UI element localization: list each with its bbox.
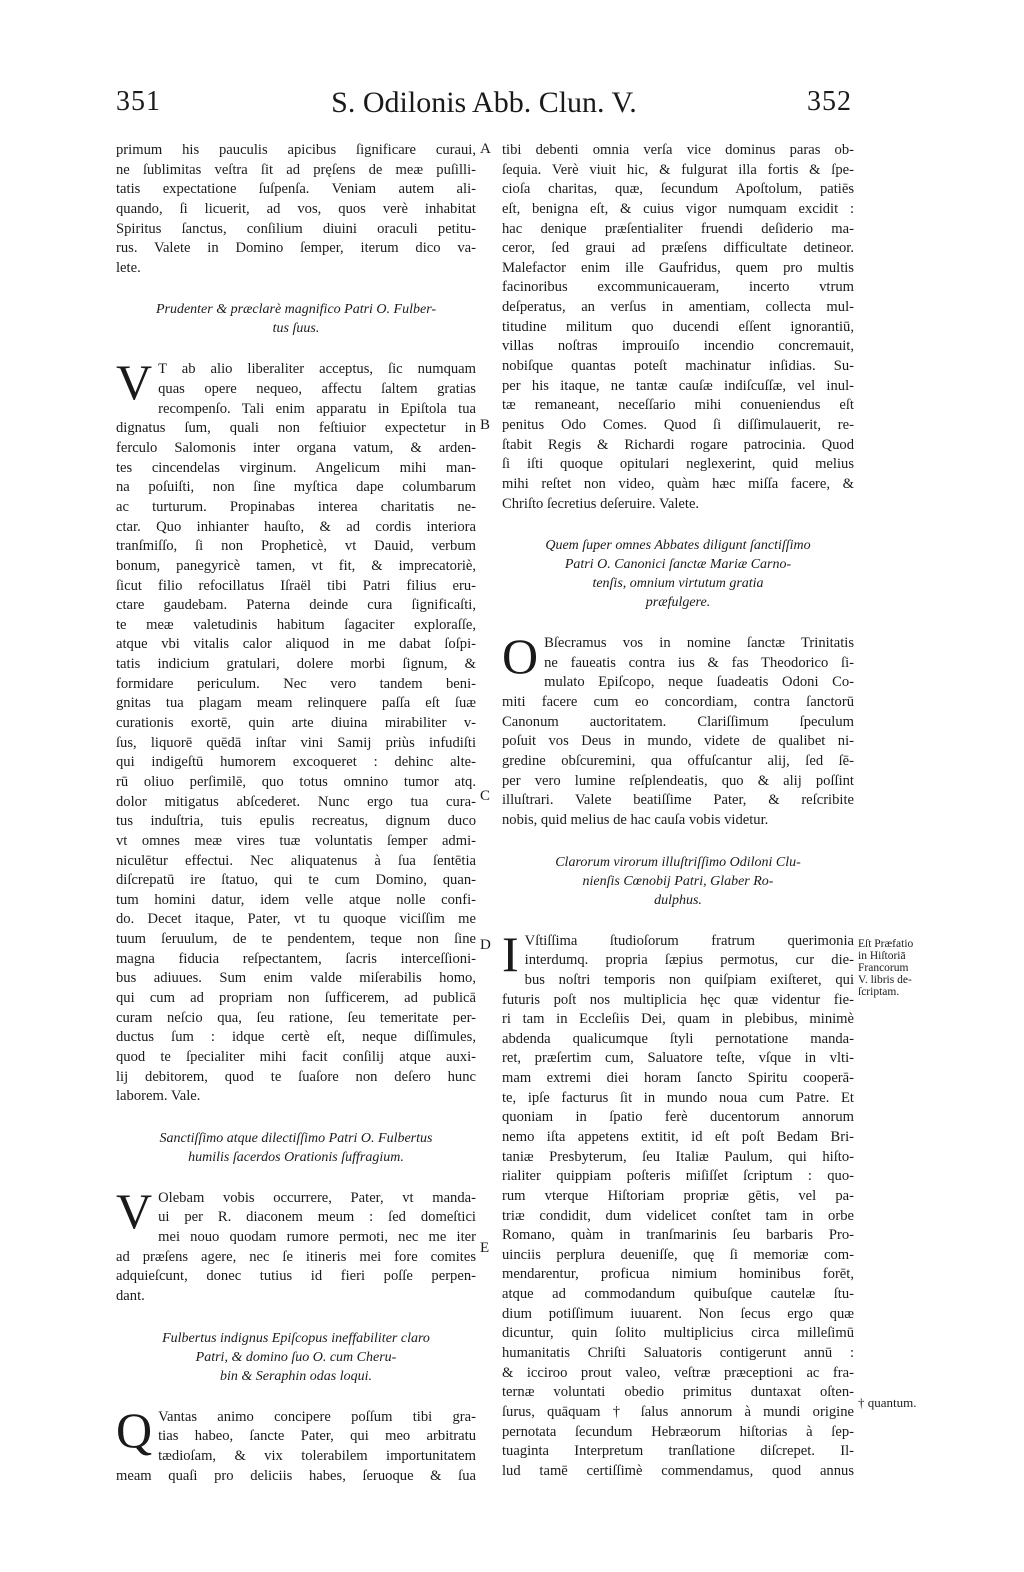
text-line: & icciroo prout valeo, veſtræ præception… [502,1364,854,1384]
text-line: triæ condidit, dum videlicet conſtet tam… [502,1207,854,1227]
text-line: formidare periculum. Nec vero tandem ben… [116,675,476,695]
text-line: Chriſto ſecretius deſeruire. Valete. [502,495,854,515]
text-line: atque ad commodandum quibuſque cautelæ ſ… [502,1285,854,1305]
section-marker-e: E [480,1240,489,1257]
note-line: V. libris de- [858,974,913,986]
text-line: tuum ſeruulum, de te pendentem, teque no… [116,930,476,950]
running-title: S. Odilonis Abb. Clun. V. [116,86,852,120]
text-line: te, ipſe facturus ſit in mundo noua cum … [502,1089,854,1109]
text-line: quoniam in ſpatio ferè ducentorum annoru… [502,1108,854,1128]
drop-cap: Q [116,1410,152,1450]
text-line: quando, ſi licuerit, ad vos, quos verè i… [116,200,476,220]
text-line: dolor mitigatus abſcederet. Nunc ergo tu… [116,793,476,813]
text-line: dicuntur, quin ſolito multiplicius circa… [502,1324,854,1344]
text-line: ne faueatis contra ius & fas Theodorico … [502,654,854,674]
heading-line: tenſis, omnium virtutum gratia [502,574,854,593]
text-line: villas noſtras improuiſo incendio concre… [502,337,854,357]
text-line: miti facere cum eo concordiam, contra ſa… [502,693,854,713]
text-line: ctare gaudebam. Paterna deinde cura ſign… [116,596,476,616]
text-line: Bſecramus vos in nomine ſanctæ Trinitati… [502,634,854,654]
text-line: ſicut filio refocillatus Iſraël tibi Pat… [116,577,476,597]
text-line: mihi reſtet non video, quàm hæc miſſa fa… [502,475,854,495]
note-line: in Hiſtoriā [858,950,913,962]
text-line: ad præſens agere, nec ſe itineris mei fo… [116,1248,476,1268]
text-line: bus noſtri temporis non quiſpiam exiſter… [502,971,854,991]
heading-line: bin & Seraphin odas loqui. [116,1367,476,1386]
text-line: vt omnes meæ vires tuæ voluntatis ſemper… [116,832,476,852]
text-line: uinciis perplura deueniſſe, quę ſi memor… [502,1246,854,1266]
text-line: Romano, quàm in tranſmarinis ſeu barbari… [502,1226,854,1246]
text-line: Malefactor enim ille Gaufridus, quem pro… [502,259,854,279]
text-line: ret, præſertim cum, Saluatore teſte, vſq… [502,1049,854,1069]
text-line: abdenda qualicumque ſtyli pernotatione m… [502,1030,854,1050]
text-line: rus. Valete in Domino ſemper, iterum dic… [116,239,476,259]
text-line: poſuit vos Deus in mundo, videte de qual… [502,732,854,752]
text-line: ceror, ſed graui ad præſens difficultate… [502,239,854,259]
drop-cap: O [502,636,538,676]
text-line: deſperatus, an verſus in amentiam, colle… [502,298,854,318]
letter-paragraph: I Vſtiſſima ſtudioſorum fratrum querimon… [502,932,854,1482]
text-line: na poſuiſti, non ſine myſtica dape colum… [116,478,476,498]
text-line: ac turturum. Propinabas interea charitat… [116,498,476,518]
letter-paragraph: Q Vantas animo concipere poſſum tibi gra… [116,1408,476,1487]
text-line: curam neſcio qua, ſeu ratione, ſeu temer… [116,1009,476,1029]
text-line: lete. [116,259,476,279]
page-number-right: 352 [807,86,852,118]
heading-line: Patri O. Canonici ſanctæ Mariæ Carno- [502,555,854,574]
text-line: magna fiducia reſpectantem, ſacris inter… [116,950,476,970]
text-line: quas opere nequeo, affectu ſaltem gratia… [116,380,476,400]
note-line: Eſt Præfatio [858,938,913,950]
text-line: bus adiuues. Sum enim valde miſerabilis … [116,969,476,989]
text-line: titudine militum quo ducendi eſſent igno… [502,318,854,338]
text-line: tias habeo, ſancte Pater, qui meo arbitr… [116,1427,476,1447]
text-line: mei nouo quodam rumore permoti, nec me i… [116,1228,476,1248]
text-line: tuaginta Interpretum tranſlatione diſcre… [502,1442,854,1462]
heading-line: Clarorum virorum illuſtriſſimo Odiloni C… [502,853,854,872]
text-line: cioſa charitas, quæ, ſecundum Apoſtolum,… [502,180,854,200]
text-line: tus induſtria, tuis epulis recreatus, di… [116,812,476,832]
text-line: qui indigeſtū humorem excoqueret : dehin… [116,753,476,773]
text-line: ſus, liquorē quēdā inſtar vini Samij pri… [116,734,476,754]
heading-line: Prudenter & præclarè magnifico Patri O. … [116,300,476,319]
text-line: per vero lumine reſplendeatis, quo & ali… [502,772,854,792]
text-line: ferculo Salomonis inter organa vatum, & … [116,439,476,459]
text-line: Vantas animo concipere poſſum tibi gra- [116,1408,476,1428]
text-line: ne ſublimitas veſtra ſit ad pręſens de m… [116,161,476,181]
text-line: lij debitorem, quod te ſuaſore non deſer… [116,1068,476,1088]
text-line: dant. [116,1287,476,1307]
text-line: ductus ſum : idque certè eſt, neque diſſ… [116,1028,476,1048]
text-line: ſi iſti quoque opitulari neglexerint, qu… [502,455,854,475]
text-line: gnitas tua plagam meam relinquere paſſa … [116,694,476,714]
heading-line: humilis ſacerdos Orationis ſuffragium. [116,1148,476,1167]
letter-ending-paragraph: primum his pauculis apicibus ſignificare… [116,141,476,278]
text-line: facinoribus excommunicaueram, incerto vt… [502,278,854,298]
text-line: eſt, benigna eſt, & cuius vigor numquam … [502,200,854,220]
text-line: te meæ valetudinis habitum ſagaciter exp… [116,616,476,636]
letter-heading: Quem ſuper omnes Abbates diligunt ſancti… [502,536,854,612]
section-marker-a: A [480,141,491,158]
text-line: ſtabit Regis & Richardi rogare patrocini… [502,436,854,456]
text-line: niculētur effectui. Nec aliquatenus à ſu… [116,852,476,872]
text-line: Canonum auctoritatem. Clariſſimum ſpecul… [502,713,854,733]
text-line: atque vbi vitalis calor aliquod in me da… [116,635,476,655]
text-line: tranſmiſſo, ſi non Propheticè, vt Dauid,… [116,537,476,557]
letter-paragraph: tibi debenti omnia verſa vice dominus pa… [502,141,854,514]
text-line: futuris poſt nos multiplicia hęc quæ vid… [502,991,854,1011]
drop-cap: V [116,1191,152,1231]
right-column: tibi debenti omnia verſa vice dominus pa… [502,141,854,1482]
text-line: qui cum ad propriam non ſufficerem, ad p… [116,989,476,1009]
text-line: tibi debenti omnia verſa vice dominus pa… [502,141,854,161]
text-line: do. Decet itaque, Pater, vt tu quoque vi… [116,910,476,930]
text-line: ri tam in Eccleſiis Dei, quam in plebibu… [502,1010,854,1030]
heading-line: Quem ſuper omnes Abbates diligunt ſancti… [502,536,854,555]
text-line: per his itaque, ne tantæ cauſæ indiſcuſſ… [502,377,854,397]
text-line: bonum, panegyricè tamen, vt fit, & impre… [116,557,476,577]
text-line: gredine obſcuremini, qua offuſcantur ali… [502,752,854,772]
text-line: tes cincendelas virginum. Angelicum mihi… [116,459,476,479]
section-marker-b: B [480,417,490,434]
text-line: dium potiſſimum iuuarent. Non ſecus ergo… [502,1305,854,1325]
letter-paragraph: V Olebam vobis occurrere, Pater, vt mand… [116,1189,476,1307]
heading-line: tus ſuus. [116,319,476,338]
text-line: humanitatis Chriſti Saluatoris contigeru… [502,1344,854,1364]
text-line: mam extremi diei horam ſancto Spiritu co… [502,1069,854,1089]
letter-paragraph: O Bſecramus vos in nomine ſanctæ Trinita… [502,634,854,830]
text-line: ſurus, quāquam † ſalus annorum à mundi o… [502,1403,854,1423]
text-line: tædioſam, & vix tolerabilem importunitat… [116,1447,476,1467]
text-line: nemo iſta appetens extitit, id eſt poſt … [502,1128,854,1148]
text-line: Olebam vobis occurrere, Pater, vt manda- [116,1189,476,1209]
drop-cap: V [116,362,152,402]
text-line: diſcrepatū ire ſtatuo, qui te cum Domino… [116,871,476,891]
note-line: Francorum [858,962,913,974]
section-marker-c: C [480,788,490,805]
text-line: mendarentur, proficua nimium hominibus f… [502,1265,854,1285]
text-line: ui per R. diaconem meum : ſed domeſtici [116,1208,476,1228]
text-line: hac denique præſentialiter fruendi deſid… [502,220,854,240]
text-line: Vſtiſſima ſtudioſorum fratrum querimonia [502,932,854,952]
text-line: nobis, quid melius de hac cauſa vobis vi… [502,811,854,831]
letter-heading: Prudenter & præclarè magnifico Patri O. … [116,300,476,338]
marginal-note-quantum: † quantum. [858,1397,917,1409]
text-line: tum homini datur, idem velle atque nolle… [116,891,476,911]
left-column: primum his pauculis apicibus ſignificare… [116,141,476,1486]
text-line: ſequia. Verè viuit hic, & fulgurat illa … [502,161,854,181]
letter-heading: Sanctiſſimo atque dilectiſſimo Patri O. … [116,1129,476,1167]
text-line: primum his pauculis apicibus ſignificare… [116,141,476,161]
heading-line: Fulbertus indignus Epiſcopus ineffabilit… [116,1329,476,1348]
text-line: rum vterque Hiſtoriam propriæ gētis, vel… [502,1187,854,1207]
text-line: curationis exortē, quin arte diuina mira… [116,714,476,734]
text-line: nobiſque quantas poteſt machinatur inſid… [502,357,854,377]
text-line: laborem. Vale. [116,1087,476,1107]
text-line: mulato Epiſcopo, neque ſuadeatis Odoni C… [502,673,854,693]
heading-line: dulphus. [502,891,854,910]
letter-heading: Clarorum virorum illuſtriſſimo Odiloni C… [502,853,854,910]
text-line: quod te ſpecialiter mihi facit conſilij … [116,1048,476,1068]
heading-line: præfulgere. [502,593,854,612]
heading-line: nienſis Cœnobij Patri, Glaber Ro- [502,872,854,891]
text-line: ctar. Quo inhianter hauſto, & ad cordis … [116,518,476,538]
text-line: illuſtrari. Valete beatiſſime Pater, & r… [502,791,854,811]
heading-line: Patri, & domino ſuo O. cum Cheru- [116,1348,476,1367]
text-line: penitus Odo Comes. Quod ſi diſſimulaueri… [502,416,854,436]
text-line: pernotata ſecundum Hebræorum hiſtorias à… [502,1423,854,1443]
text-line: lud tamē certiſſimè commendamus, quod an… [502,1462,854,1482]
note-line: ſcriptam. [858,986,913,998]
text-line: T ab alio liberaliter acceptus, ſic numq… [116,360,476,380]
text-line: recompenſo. Tali enim apparatu in Epiſto… [116,400,476,420]
text-line: tatis indicium gratulari, dolere morbi ſ… [116,655,476,675]
text-line: tæ remaneant, neceſſario mihi conueniend… [502,396,854,416]
section-marker-d: D [480,937,491,954]
text-line: ternæ voluntati obedio primitus duntaxat… [502,1383,854,1403]
letter-paragraph: V T ab alio liberaliter acceptus, ſic nu… [116,360,476,1106]
text-line: tatis expectatione ſuſpenſa. Veniam aute… [116,180,476,200]
text-line: meam quaſi pro deliciis habes, ſeruoque … [116,1467,476,1487]
page-header: 351 S. Odilonis Abb. Clun. V. 352 [116,86,852,126]
text-line: rū oliuo perſimilē, quo totus omnino tum… [116,773,476,793]
text-line: interdumq. propria ſæpius permotus, cur … [502,951,854,971]
letter-heading: Fulbertus indignus Epiſcopus ineffabilit… [116,1329,476,1386]
heading-line: Sanctiſſimo atque dilectiſſimo Patri O. … [116,1129,476,1148]
text-line: adquieſcunt, donec tutius id fieri poſſe… [116,1267,476,1287]
text-line: rialiter quippiam poſteris miſiſſet ſcri… [502,1167,854,1187]
drop-cap: I [502,934,519,974]
text-line: taniæ Presbyterum, ſeu Italiæ Paulum, qu… [502,1148,854,1168]
text-line: Spiritus ſanctus, conſilium diuini oracu… [116,220,476,240]
text-line: dignatus ſum, quali non feſtiuior expect… [116,419,476,439]
marginal-note-preface: Eſt Præfatio in Hiſtoriā Francorum V. li… [858,938,913,998]
